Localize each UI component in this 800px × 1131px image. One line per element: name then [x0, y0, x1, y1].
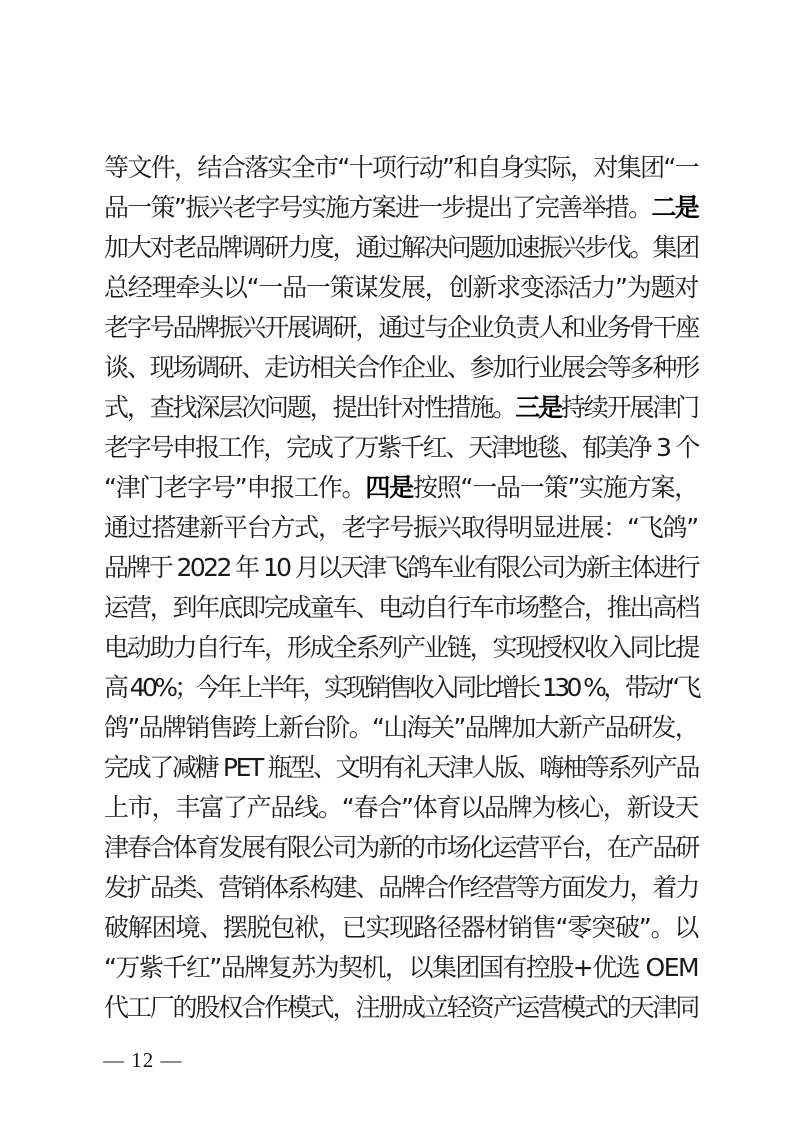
text-run: 发扩品类、营销体系构建、品牌合作经营等方面发力，着力 [104, 873, 698, 902]
text-line: “万紫千红”品牌复苏为契机，以集团国有控股+优选 OEM [104, 948, 698, 988]
text-run: 鸽”品牌销售跨上新台阶。“山海关”品牌加大新产品研发， [104, 713, 698, 742]
page-number: — 12 — [103, 1048, 183, 1073]
text-run: 老字号品牌振兴开展调研，通过与企业负责人和业务骨干座 [104, 313, 698, 342]
text-line: 等文件，结合落实全市“十项行动”和自身实际，对集团“一 [104, 148, 698, 188]
text-line: 品牌于 2022 年 10 月以天津飞鸽车业有限公司为新主体进行 [104, 548, 698, 588]
text-run: 品一策”振兴老字号实施方案进一步提出了完善举措。 [104, 193, 651, 222]
text-line: 破解困境、摆脱包袱，已实现路径器材销售“零突破”。以 [104, 908, 698, 948]
text-line: 高 40%；今年上半年，实现销售收入同比增长 130 %，带动“飞 [104, 668, 698, 708]
text-line: 鸽”品牌销售跨上新台阶。“山海关”品牌加大新产品研发， [104, 708, 698, 748]
text-line: 谈、现场调研、走访相关合作企业、参加行业展会等多种形 [104, 348, 698, 388]
text-run: 总经理牵头以“一品一策谋发展，创新求变添活力”为题对 [104, 273, 698, 302]
text-run: 破解困境、摆脱包袱，已实现路径器材销售“零突破”。以 [104, 913, 698, 942]
document-page: 等文件，结合落实全市“十项行动”和自身实际，对集团“一 品一策”振兴老字号实施方… [0, 0, 800, 1131]
text-run: 上市，丰富了产品线。“春合”体育以品牌为核心，新设天 [104, 793, 698, 822]
text-line: 代工厂的股权合作模式，注册成立轻资产运营模式的天津同 [104, 988, 698, 1028]
text-run: 谈、现场调研、走访相关合作企业、参加行业展会等多种形 [104, 353, 698, 382]
text-run: 加大对老品牌调研力度，通过解决问题加速振兴步伐。集团 [104, 233, 698, 262]
text-line: 运营，到年底即完成童车、电动自行车市场整合，推出高档 [104, 588, 698, 628]
text-line: “津门老字号”申报工作。四是按照“一品一策”实施方案， [104, 468, 698, 508]
text-line: 加大对老品牌调研力度，通过解决问题加速振兴步伐。集团 [104, 228, 698, 268]
text-run: 运营，到年底即完成童车、电动自行车市场整合，推出高档 [104, 593, 698, 622]
text-line: 老字号申报工作，完成了万紫千红、天津地毯、郁美净 3 个 [104, 428, 698, 468]
text-line: 式，查找深层次问题，提出针对性措施。三是持续开展津门 [104, 388, 698, 428]
bold-heading-run: 三是 [515, 393, 561, 422]
text-run: 高 40%；今年上半年，实现销售收入同比增长 130 %，带动“飞 [104, 673, 698, 702]
text-run: 品牌于 2022 年 10 月以天津飞鸽车业有限公司为新主体进行 [104, 553, 698, 582]
text-line: 完成了减糖 PET 瓶型、文明有礼天津人版、嗨柚等系列产品 [104, 748, 698, 788]
text-run: 等文件，结合落实全市“十项行动”和自身实际，对集团“一 [104, 153, 698, 182]
text-run: 完成了减糖 PET 瓶型、文明有礼天津人版、嗨柚等系列产品 [104, 753, 698, 782]
text-run: 代工厂的股权合作模式，注册成立轻资产运营模式的天津同 [104, 993, 698, 1022]
text-run: 式，查找深层次问题，提出针对性措施。 [104, 393, 515, 422]
text-run: “津门老字号”申报工作。 [104, 473, 365, 502]
text-run: 老字号申报工作，完成了万紫千红、天津地毯、郁美净 3 个 [104, 433, 698, 462]
text-line: 上市，丰富了产品线。“春合”体育以品牌为核心，新设天 [104, 788, 698, 828]
text-line: 品一策”振兴老字号实施方案进一步提出了完善举措。二是 [104, 188, 698, 228]
text-run: “万紫千红”品牌复苏为契机，以集团国有控股+优选 OEM [104, 953, 698, 982]
text-line: 通过搭建新平台方式，老字号振兴取得明显进展：“飞鸽” [104, 508, 698, 548]
bold-heading-run: 四是 [365, 473, 413, 502]
text-line: 发扩品类、营销体系构建、品牌合作经营等方面发力，着力 [104, 868, 698, 908]
text-line: 电动助力自行车，形成全系列产业链，实现授权收入同比提 [104, 628, 698, 668]
text-run: 按照“一品一策”实施方案， [413, 473, 698, 502]
text-line: 总经理牵头以“一品一策谋发展，创新求变添活力”为题对 [104, 268, 698, 308]
text-run: 持续开展津门 [561, 393, 698, 422]
text-line: 老字号品牌振兴开展调研，通过与企业负责人和业务骨干座 [104, 308, 698, 348]
text-run: 电动助力自行车，形成全系列产业链，实现授权收入同比提 [104, 633, 698, 662]
bold-heading-run: 二是 [651, 193, 698, 222]
body-text: 等文件，结合落实全市“十项行动”和自身实际，对集团“一 品一策”振兴老字号实施方… [104, 148, 698, 1028]
text-run: 津春合体育发展有限公司为新的市场化运营平台，在产品研 [104, 833, 698, 862]
text-line: 津春合体育发展有限公司为新的市场化运营平台，在产品研 [104, 828, 698, 868]
text-run: 通过搭建新平台方式，老字号振兴取得明显进展：“飞鸽” [104, 513, 698, 542]
